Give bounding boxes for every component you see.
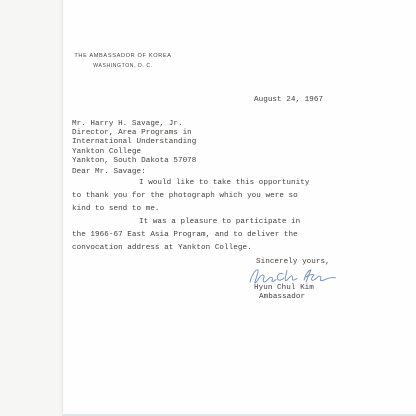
signer-title: Ambassador [259, 291, 305, 304]
letterhead-line2: WASHINGTON, D. C. [67, 63, 179, 69]
recipient-address: Mr. Harry H. Savage, Jr. Director, Area … [72, 120, 196, 166]
body-paragraph-2: It was a pleasure to participate in the … [72, 216, 332, 255]
date-line: August 24, 1967 [254, 94, 323, 107]
body-paragraph-1: I would like to take this opportunity to… [72, 177, 332, 216]
letterhead-line1: THE AMBASSADOR OF KOREA [67, 53, 179, 59]
letterhead: THE AMBASSADOR OF KOREA WASHINGTON, D. C… [67, 53, 179, 69]
scanned-letter-scene: THE AMBASSADOR OF KOREA WASHINGTON, D. C… [0, 0, 416, 416]
letter-page: THE AMBASSADOR OF KOREA WASHINGTON, D. C… [62, 0, 416, 416]
